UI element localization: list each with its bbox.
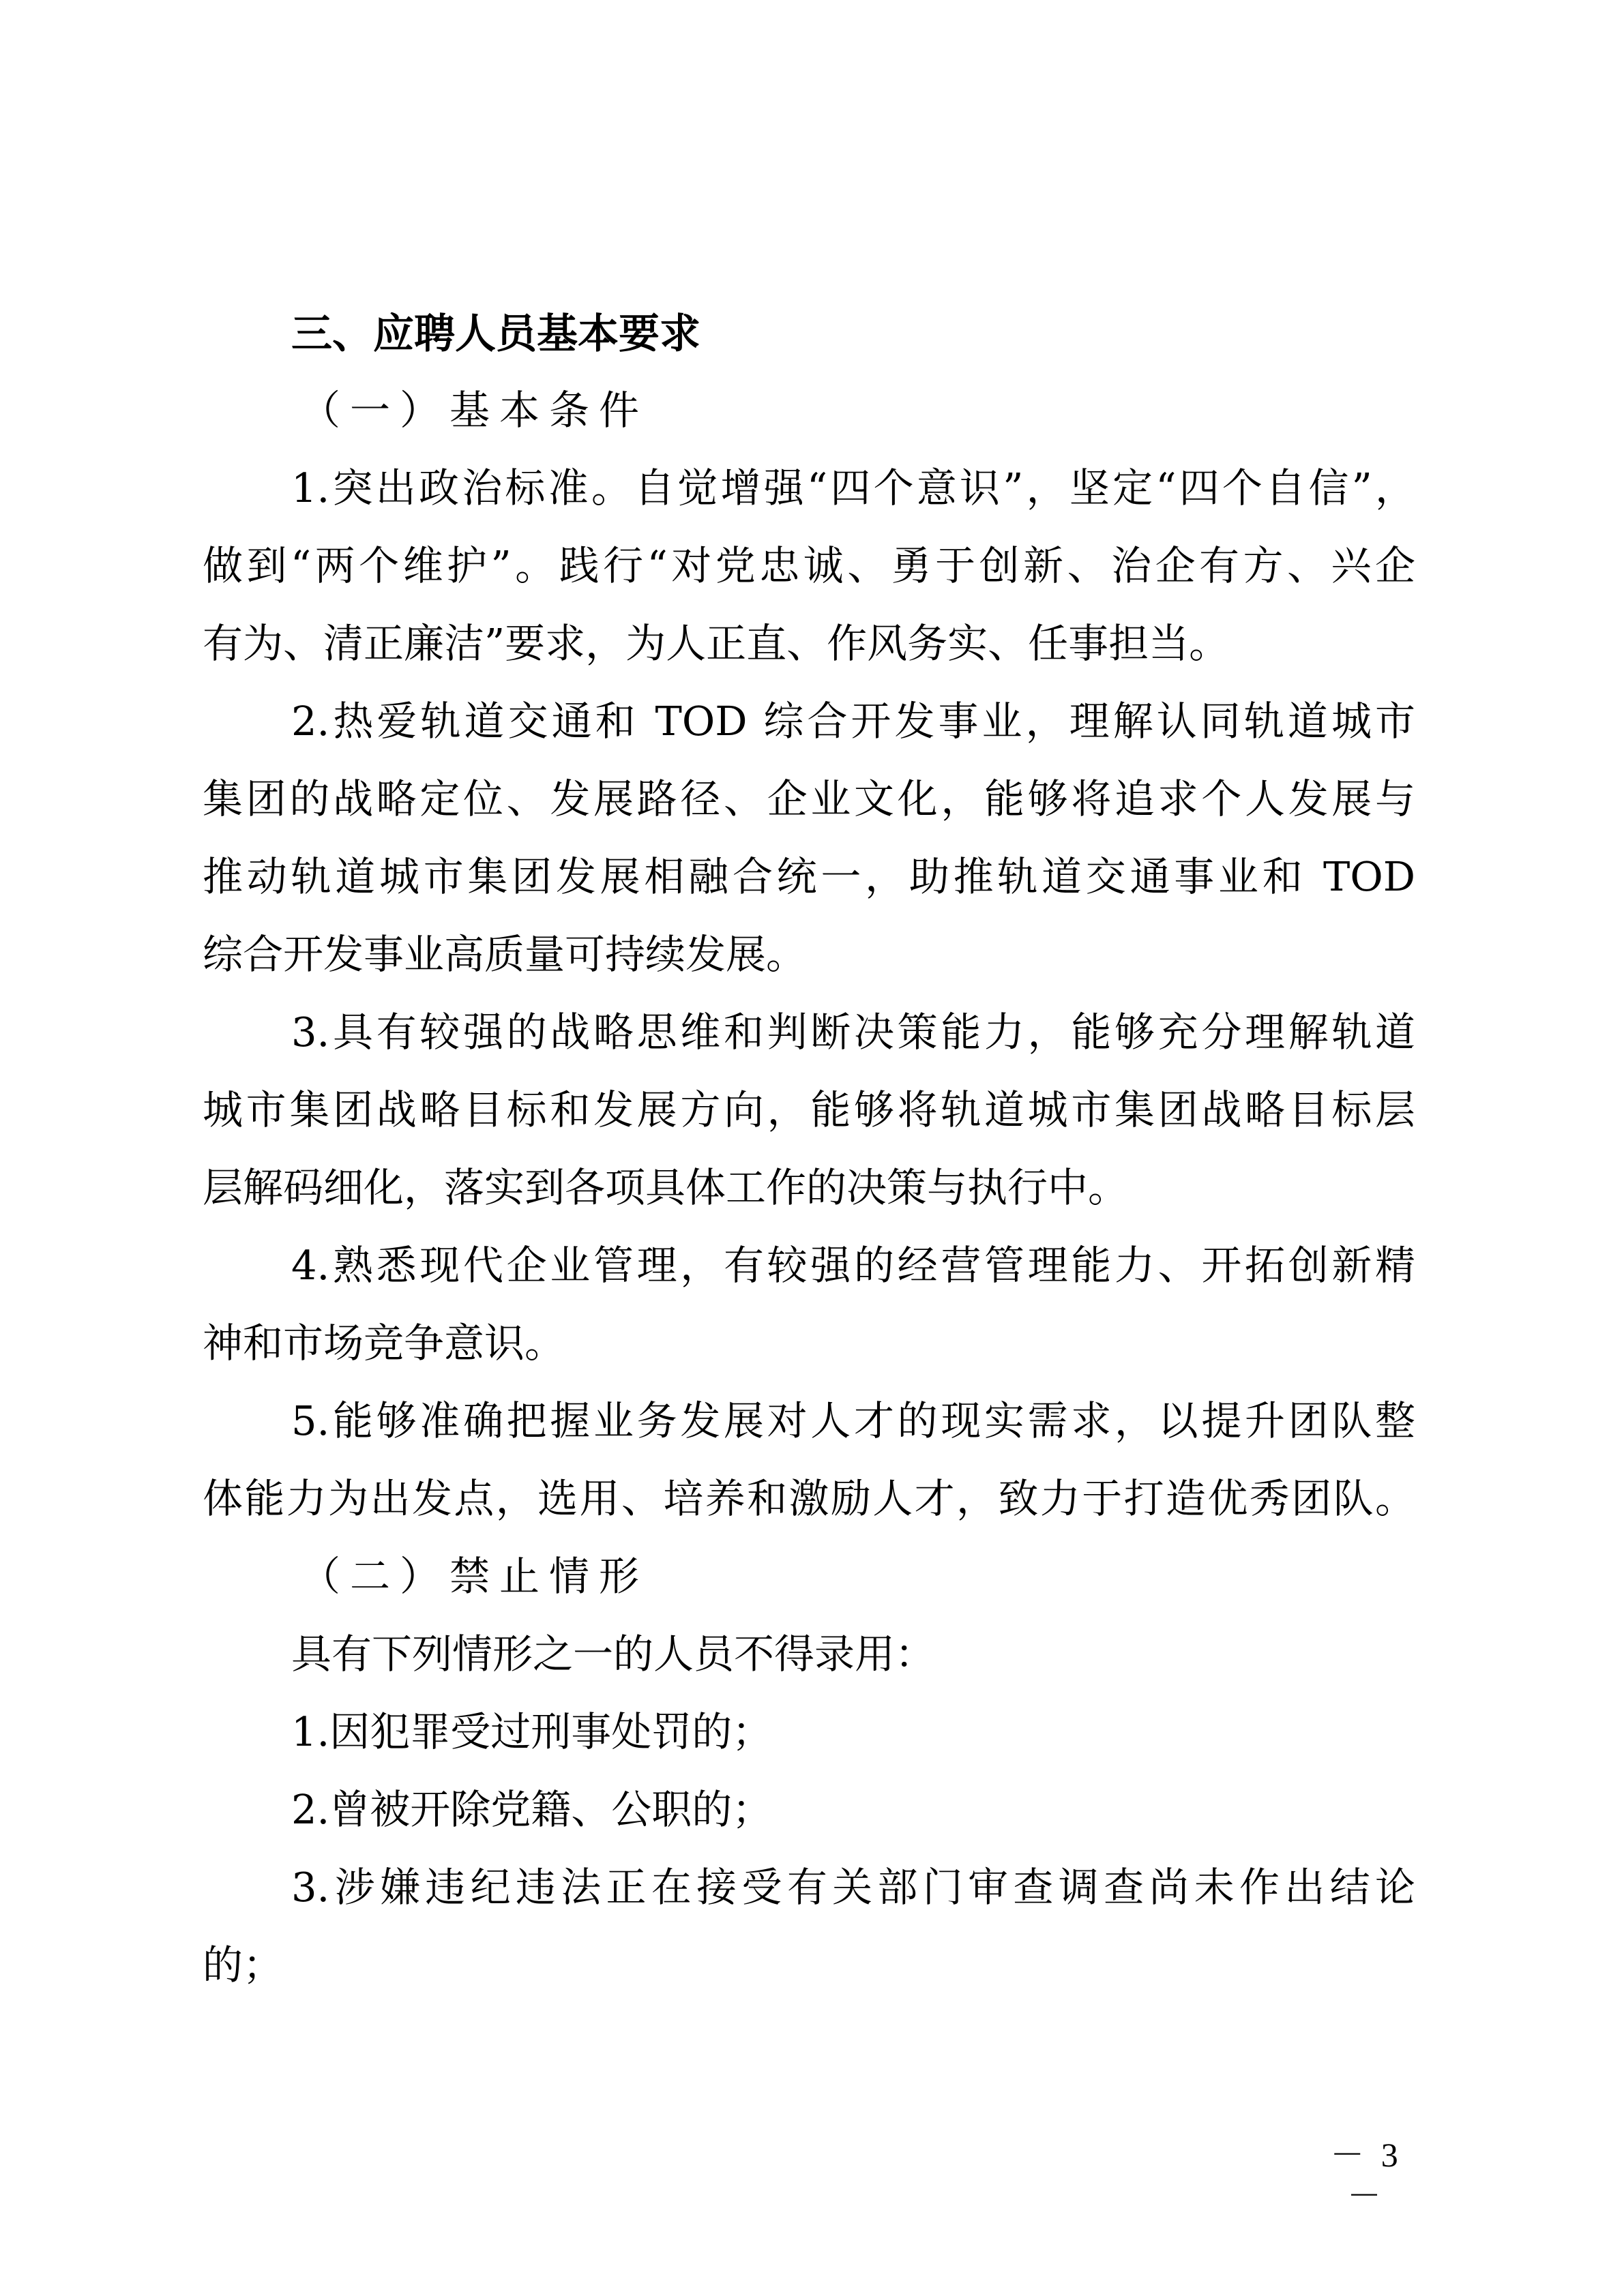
- paragraph-line: 综合开发事业高质量可持续发展。: [203, 927, 1415, 982]
- list-item: 3.涉嫌违纪违法正在接受有关部门审查调查尚未作出结论: [291, 1860, 1415, 1915]
- section-heading: 三、应聘人员基本要求: [291, 307, 769, 361]
- paragraph-line: 城市集团战略目标和发展方向，能够将轨道城市集团战略目标层: [203, 1083, 1415, 1137]
- paragraph-line: 神和市场竞争意识。: [203, 1316, 1415, 1371]
- paragraph-line: 做到“两个维护”。践行“对党忠诚、勇于创新、治企有方、兴企: [203, 539, 1415, 593]
- paragraph-line: 集团的战略定位、发展路径、企业文化，能够将追求个人发展与: [203, 772, 1415, 826]
- paragraph-line: 5.能够准确把握业务发展对人才的现实需求，以提升团队整: [291, 1394, 1415, 1448]
- paragraph-intro: 具有下列情形之一的人员不得录用：: [291, 1627, 1415, 1682]
- subsection-title-basic-conditions: （一）基本条件: [300, 383, 846, 438]
- list-item: 1.因犯罪受过刑事处罚的；: [291, 1705, 1415, 1759]
- list-item: 2.曾被开除党籍、公职的；: [291, 1783, 1415, 1837]
- document-page: 三、应聘人员基本要求 （一）基本条件 1.突出政治标准。自觉增强“四个意识”，坚…: [0, 0, 1624, 2296]
- paragraph-line: 3.具有较强的战略思维和判断决策能力，能够充分理解轨道: [291, 1005, 1415, 1060]
- paragraph-line: 4.熟悉现代企业管理，有较强的经营管理能力、开拓创新精: [291, 1238, 1415, 1293]
- paragraph-line: 有为、清正廉洁”要求，为人正直、作风务实、任事担当。: [203, 616, 1415, 671]
- list-item-continuation: 的；: [203, 1938, 1415, 1993]
- paragraph-line: 体能力为出发点，选用、培养和激励人才，致力于打造优秀团队。: [203, 1472, 1415, 1526]
- paragraph-line: 层解码细化，落实到各项具体工作的决策与执行中。: [203, 1161, 1415, 1215]
- subsection-title-prohibited-cases: （二）禁止情形: [300, 1549, 846, 1604]
- page-number: － 3 －: [1306, 2134, 1422, 2175]
- paragraph-line: 推动轨道城市集团发展相融合统一，助推轨道交通事业和 TOD: [203, 850, 1415, 904]
- paragraph-line: 2.热爱轨道交通和 TOD 综合开发事业，理解认同轨道城市: [291, 694, 1415, 749]
- paragraph-line: 1.突出政治标准。自觉增强“四个意识”，坚定“四个自信”，: [291, 461, 1415, 516]
